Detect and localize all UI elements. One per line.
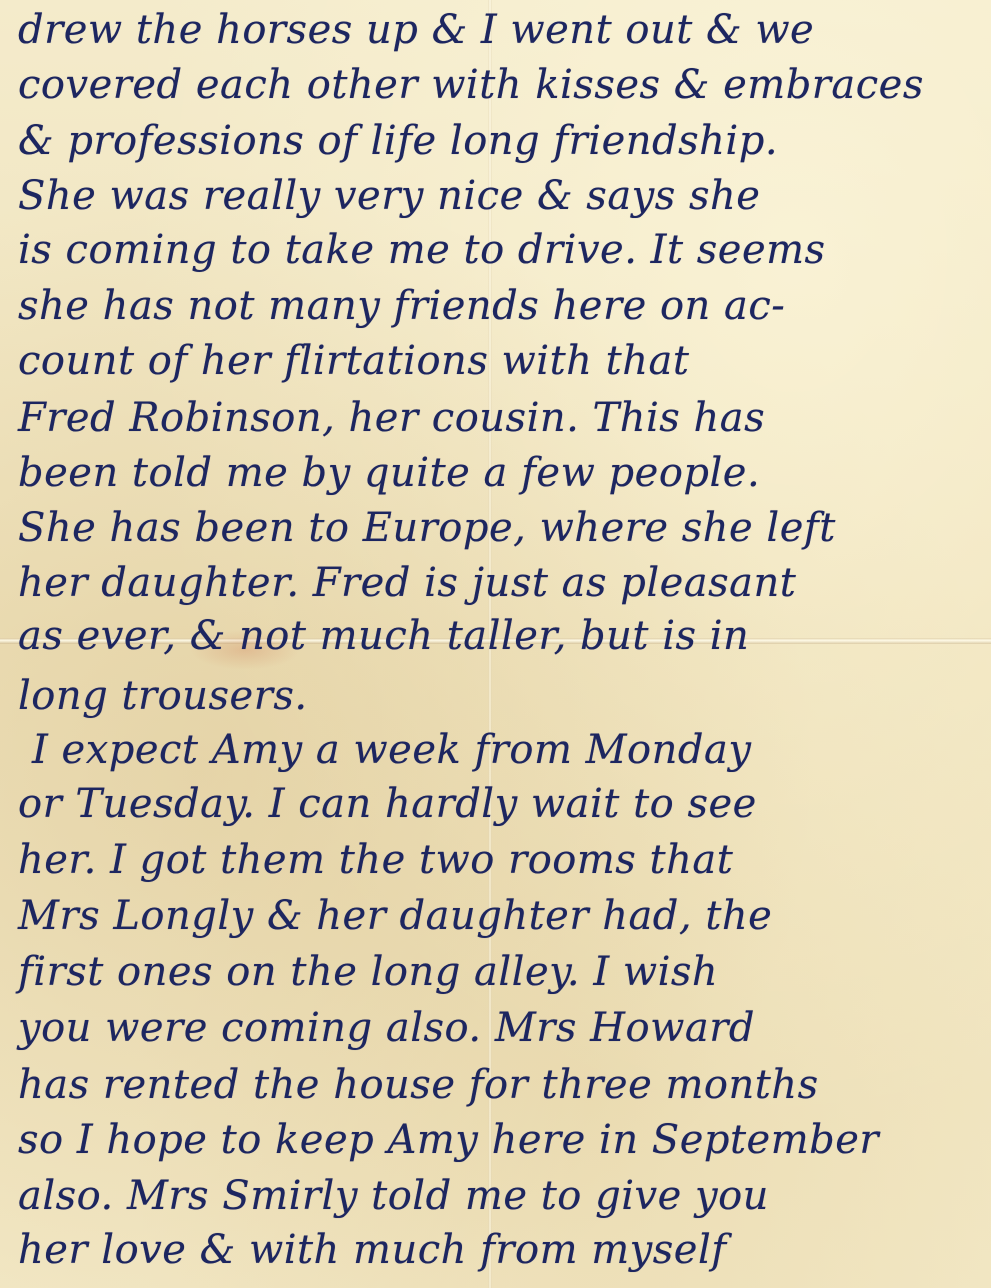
text-line: her love & with much from myself: [18, 1222, 971, 1278]
text-line: first ones on the long alley. I wish: [18, 944, 971, 1000]
text-line: covered each other with kisses & embrace…: [18, 57, 971, 113]
letter-page: drew the horses up & I went out & we cov…: [0, 0, 991, 1288]
text-line: She was really very nice & says she: [18, 168, 971, 224]
text-line: count of her flirtations with that: [18, 333, 971, 389]
text-line: so I hope to keep Amy here in September: [18, 1112, 971, 1168]
text-line: been told me by quite a few people.: [18, 445, 971, 501]
text-line: you were coming also. Mrs Howard: [18, 1000, 971, 1056]
text-line: drew the horses up & I went out & we: [18, 2, 971, 58]
text-line: has rented the house for three months: [18, 1057, 971, 1113]
text-line: is coming to take me to drive. It seems: [18, 222, 971, 278]
text-line: or Tuesday. I can hardly wait to see: [18, 776, 971, 832]
text-line: her daughter. Fred is just as pleasant: [18, 555, 971, 611]
text-line: I expect Amy a week from Monday: [32, 722, 971, 778]
text-line: Mrs Longly & her daughter had, the: [18, 888, 971, 944]
text-line: & professions of life long friendship.: [18, 113, 971, 169]
text-line: her. I got them the two rooms that: [18, 832, 971, 888]
text-line: She has been to Europe, where she left: [18, 500, 971, 556]
text-line: she has not many friends here on ac-: [18, 278, 971, 334]
text-line: also. Mrs Smirly told me to give you: [18, 1168, 971, 1224]
text-line: Fred Robinson, her cousin. This has: [18, 390, 971, 446]
text-line: as ever, & not much taller, but is in: [18, 608, 971, 664]
text-line: long trousers.: [18, 668, 971, 724]
